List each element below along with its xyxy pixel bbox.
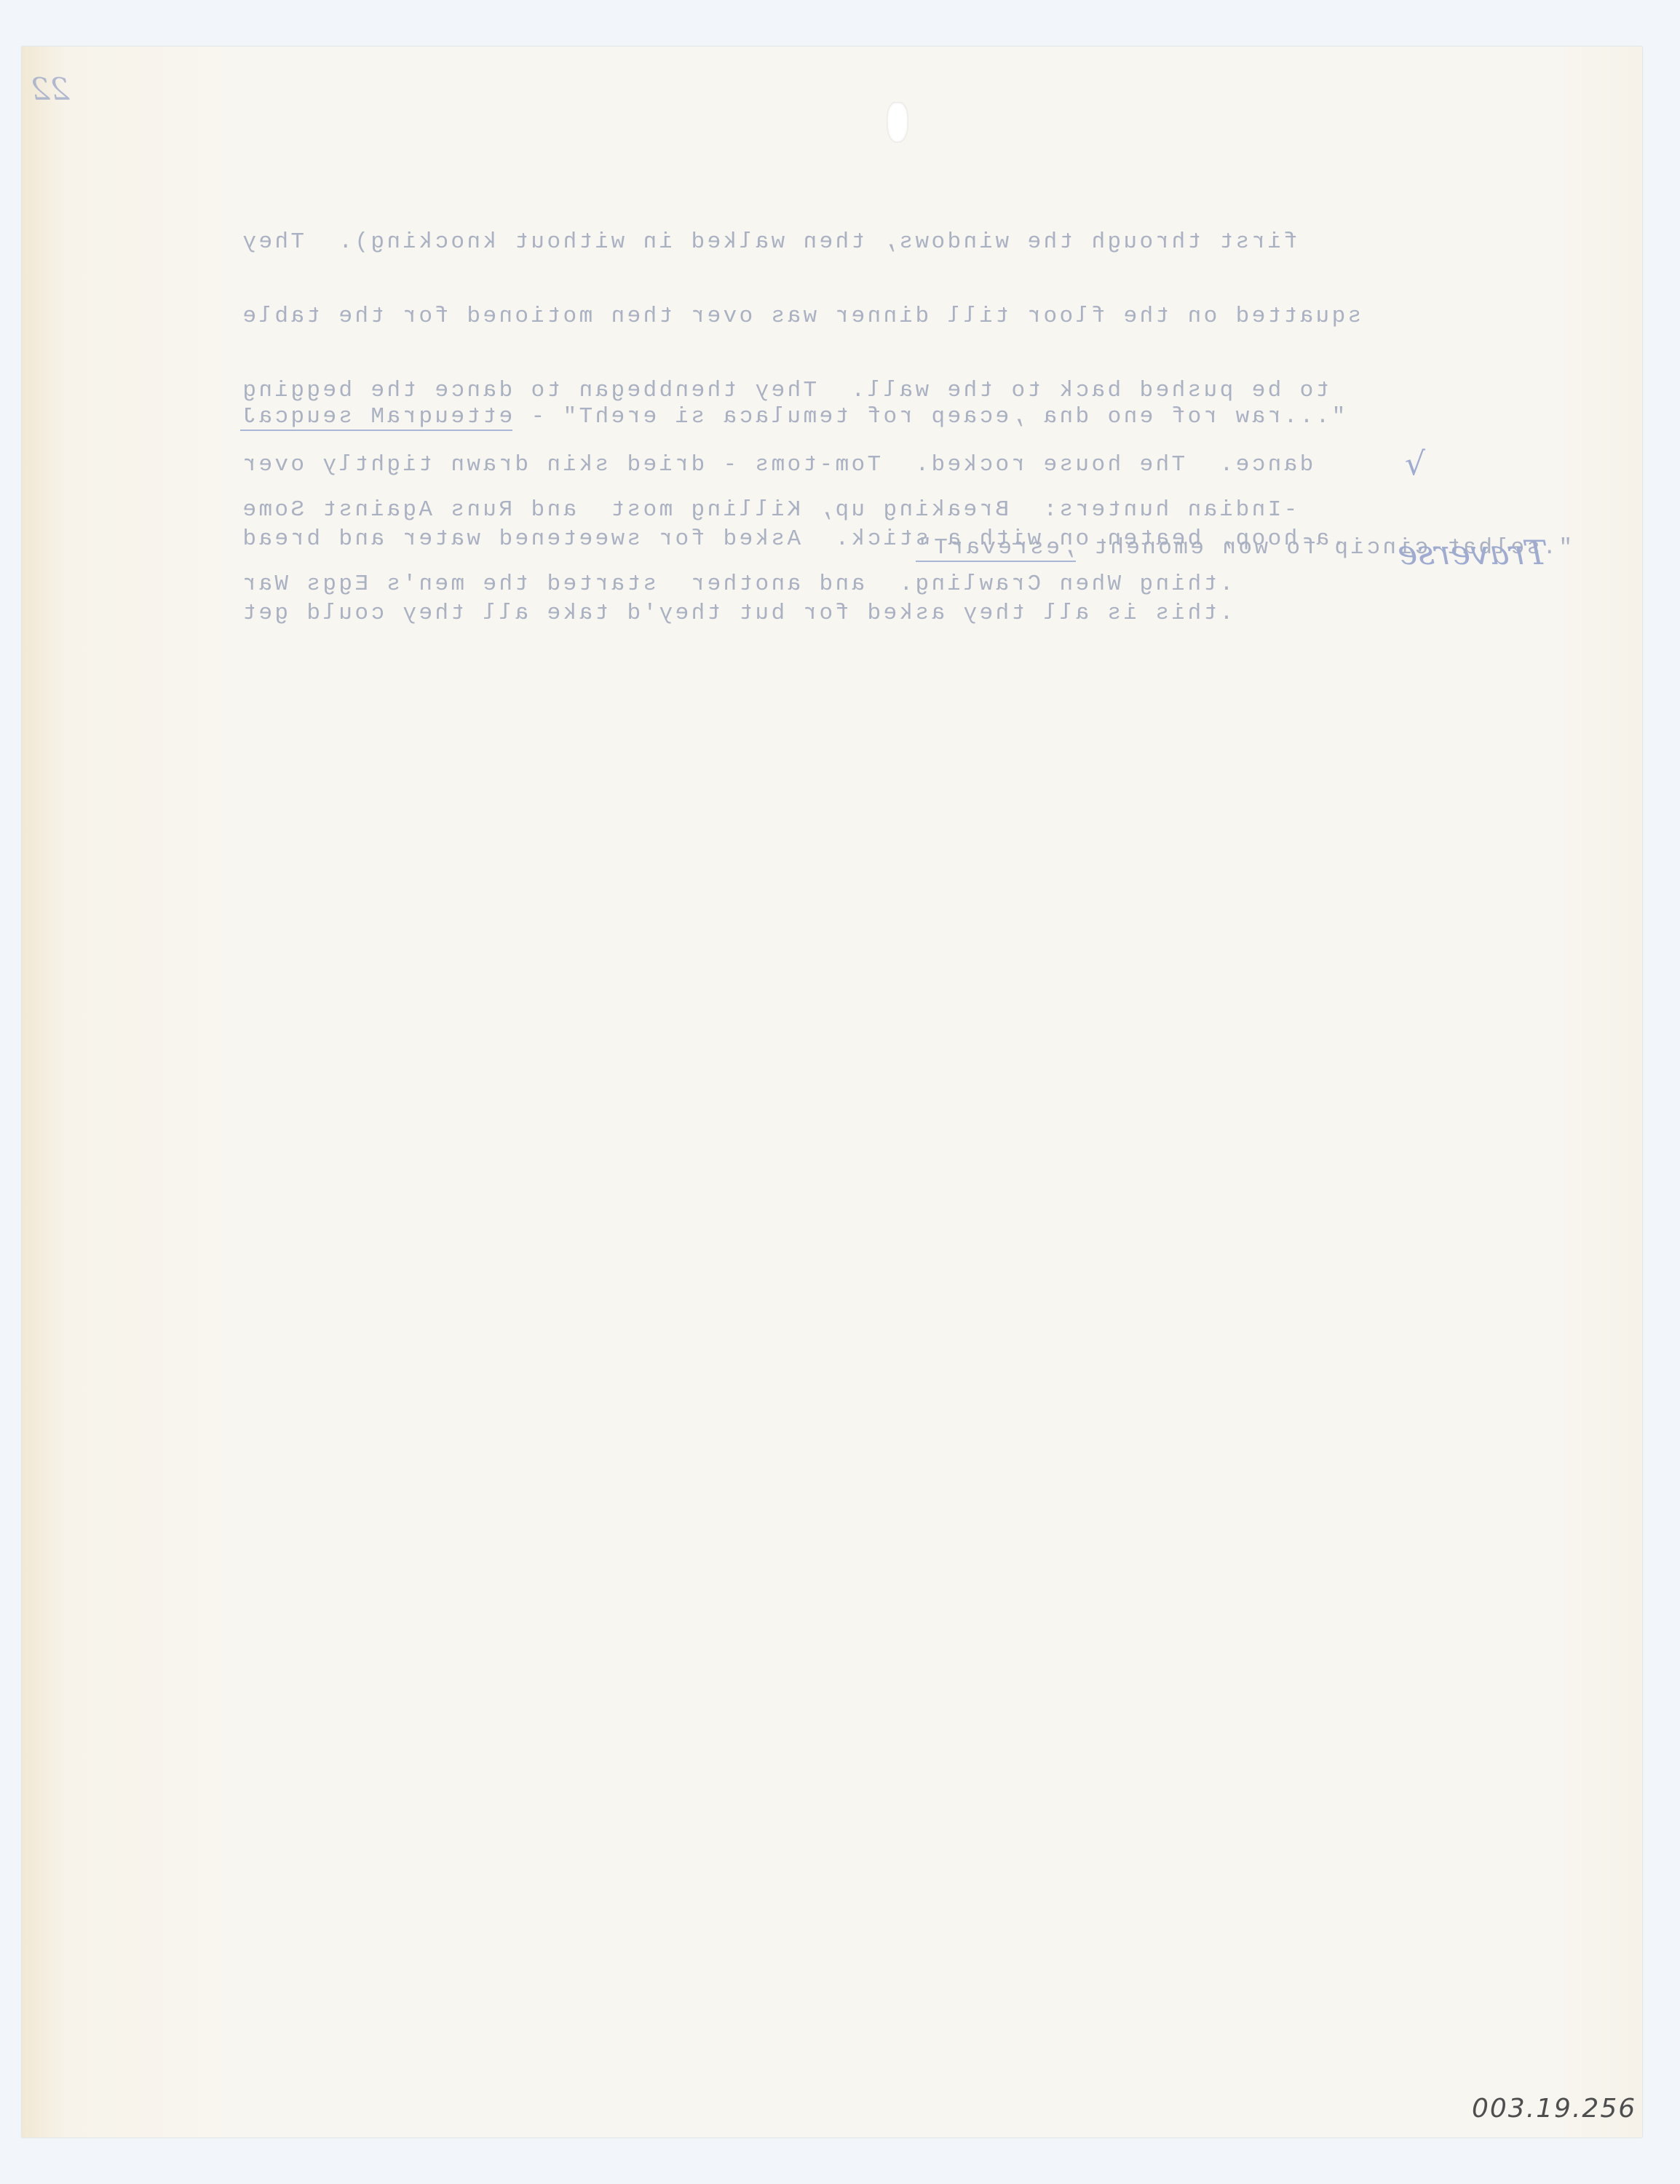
marquette-quote: - "There is acalumet for peace, and one … [512, 404, 1345, 430]
marquette-line: Jacques Marquette - "There is acalumet f… [240, 405, 1572, 430]
paper-tear-mark [887, 102, 908, 143]
pencil-page-number: 22 [31, 71, 69, 107]
typed-line: squatted on the floor till dinner was ov… [240, 304, 1572, 329]
traverse-underlined: "Traverse, [916, 535, 1076, 562]
catalog-number: 003.19.256 [1472, 2094, 1636, 2124]
handwritten-traverse: Traverse [1398, 533, 1548, 572]
checkmark-icon: √ [1405, 446, 1425, 483]
typed-line: thing When Crawling. and another started… [240, 572, 1572, 597]
typed-line: Indian hunters: Breaking up, Killing mos… [240, 498, 1572, 523]
typed-line: to be pushed back to the wall. They then… [240, 379, 1572, 403]
typed-line: first through the windows, then walked i… [240, 230, 1572, 255]
marquette-name-underlined: Jacques Marquette [240, 404, 512, 431]
